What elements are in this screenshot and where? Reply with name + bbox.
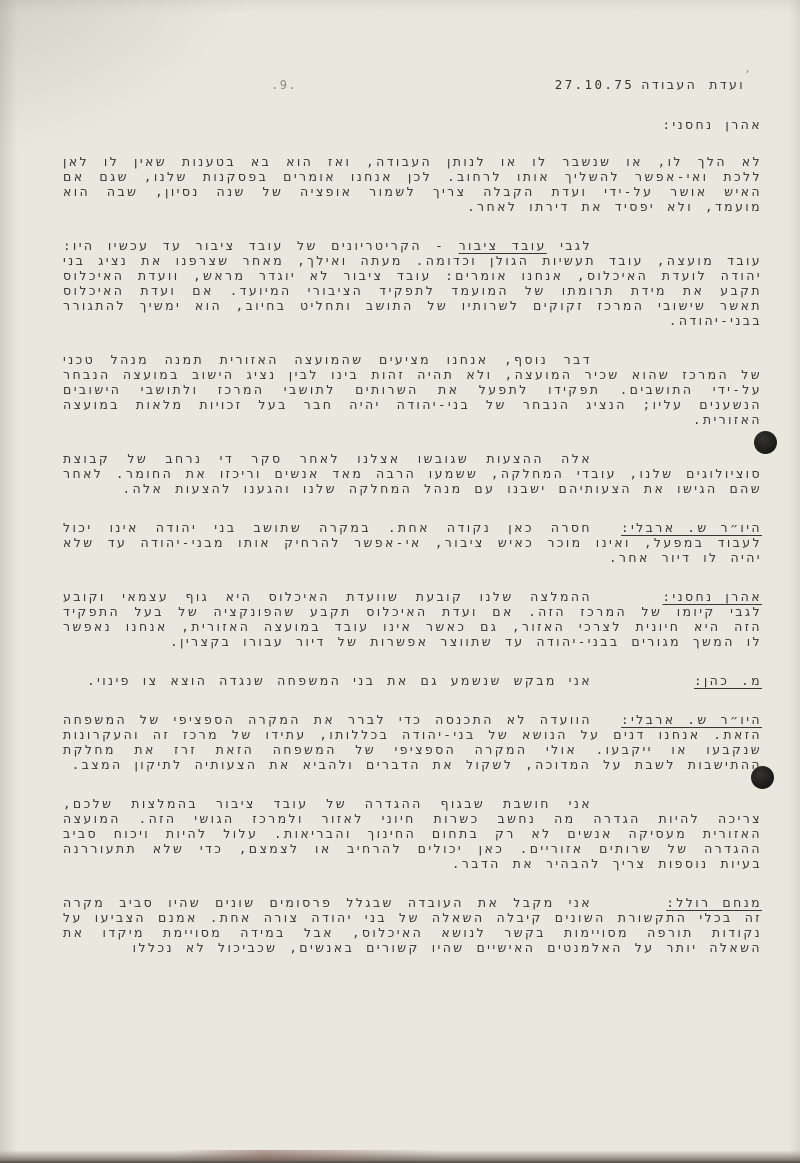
speech-paragraph: אני חושבת שבגוף ההגדרה של עובד ציבור בהמ… — [63, 796, 762, 871]
speaker-name: היו״ר ש. ארבלי: — [592, 712, 762, 727]
scan-bottom-edge — [0, 1150, 800, 1163]
speaker-name-text: היו״ר ש. ארבלי: — [621, 520, 762, 535]
opening-speaker-name: אהרן נחסני: — [662, 117, 762, 132]
speech-text-segment: - הקריטריונים של עובד ציבור עד עכשיו היו… — [63, 238, 762, 328]
speech-paragraph: לגבי עובד ציבור - הקריטריונים של עובד צי… — [63, 238, 762, 328]
committee-title: ועדת העבודה — [641, 77, 745, 92]
speech-entry: מנחם רולל: אני מקבל את העובדה שבגלל פרסו… — [63, 895, 762, 979]
speaker-name-text: אהרן נחסני: — [662, 589, 762, 604]
speech-paragraph: אלה ההצעות שגובשו אצלנו לאחר סקר די נרחב… — [63, 451, 762, 496]
speaker-name-text: מנחם רולל: — [666, 895, 762, 910]
stray-mark: ’ — [744, 68, 751, 81]
speech-paragraph: דבר נוסף, אנחנו מציעים שהמועצה האזורית ת… — [63, 352, 762, 427]
session-date: 27.10.75 — [555, 77, 634, 92]
speech-paragraph: לא הלך לו, או שנשבר לו או לנותן העבודה, … — [63, 154, 762, 214]
speaker-name-text: היו״ר ש. ארבלי: — [621, 712, 762, 727]
speech-entry: היו״ר ש. ארבלי: הוועדה לא התכנסה כדי לבר… — [63, 712, 762, 895]
speech-text-segment: לגבי — [547, 238, 592, 253]
punch-hole-bottom — [751, 766, 774, 789]
speech-entry: מ. כהן: אני מבקש שנשמע גם את בני המשפחה … — [63, 673, 762, 712]
scan-page: ועדת העבודה27.10.75 .9. ’ אהרן נחסני: לא… — [0, 0, 800, 1163]
committee-date-heading: ועדת העבודה27.10.75 — [555, 77, 745, 92]
speaker-name: מ. כהן: — [592, 673, 762, 688]
underlined-term: עובד ציבור — [459, 238, 547, 253]
speech-entry: אהרן נחסני: ההמלצה שלנו קובעת שוועדת האי… — [63, 589, 762, 673]
page-number: .9. — [271, 78, 297, 93]
punch-hole-top — [754, 431, 777, 454]
speaker-name: היו״ר ש. ארבלי: — [592, 520, 762, 535]
speech-entry: היו״ר ש. ארבלי: חסרה כאן נקודה אחת. במקר… — [63, 520, 762, 589]
document-body: לא הלך לו, או שנשבר לו או לנותן העבודה, … — [63, 154, 762, 979]
speaker-name-text: מ. כהן: — [694, 673, 762, 688]
speaker-name: מנחם רולל: — [592, 895, 762, 910]
speaker-name: אהרן נחסני: — [592, 589, 762, 604]
